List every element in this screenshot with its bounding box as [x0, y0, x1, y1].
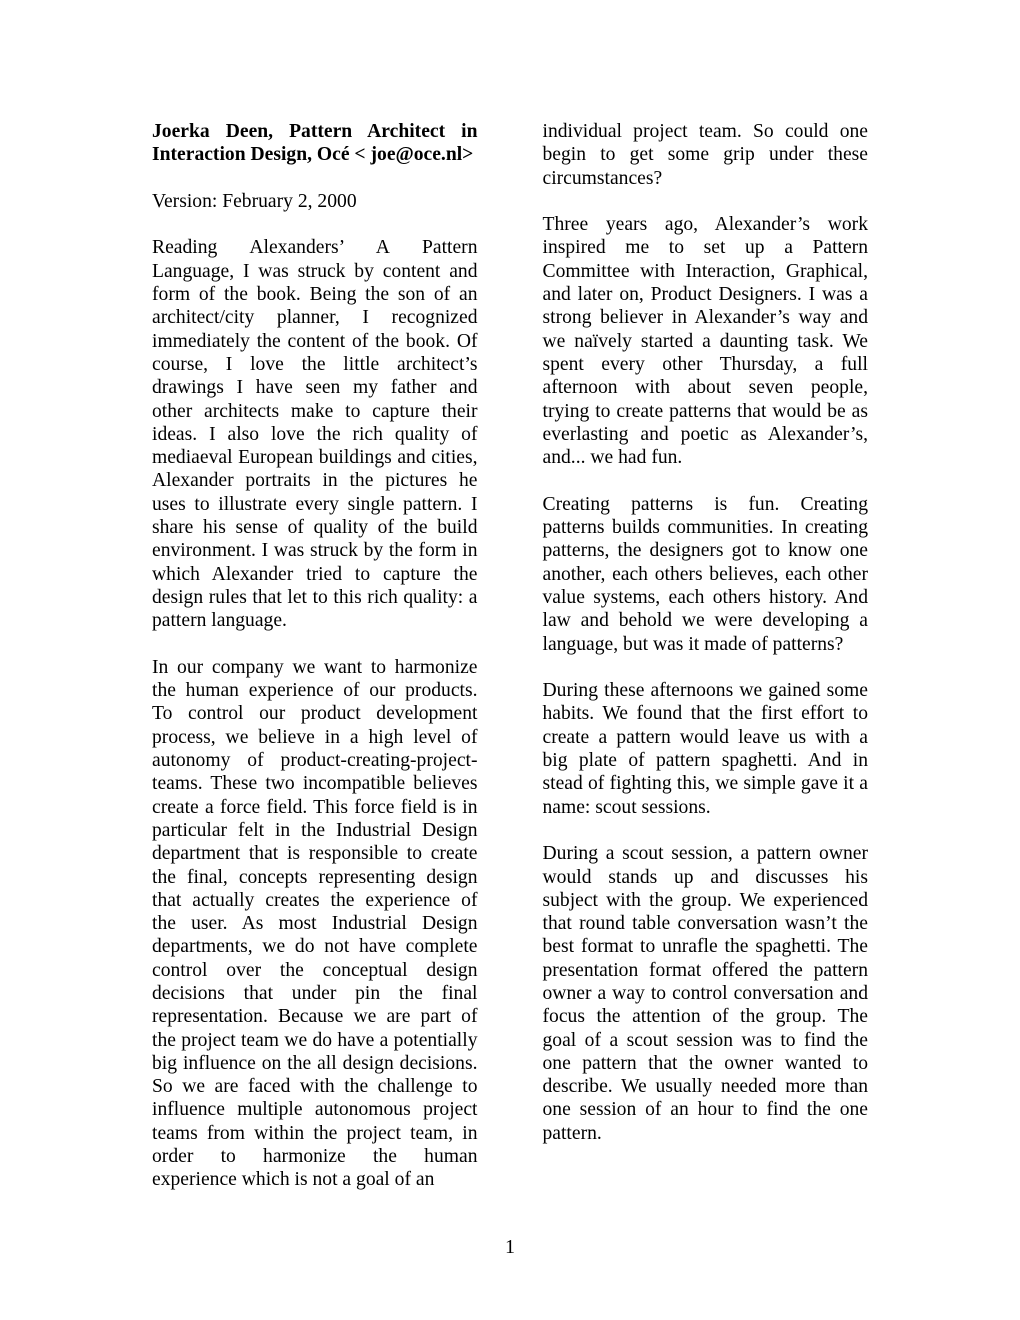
text-line: would stands up and discusses his	[543, 866, 869, 889]
text-line: create a force field. This force field i…	[152, 796, 478, 819]
body-paragraph: individual project team. So could onebeg…	[543, 120, 869, 190]
text-line: To control our product development	[152, 702, 478, 725]
text-line: drawings I have seen my father and	[152, 376, 478, 399]
text-line: afternoon with about seven people,	[543, 376, 869, 399]
text-line: mediaeval European buildings and cities,	[152, 446, 478, 469]
text-line: uses to illustrate every single pattern.…	[152, 493, 478, 516]
text-line: representation. Because we are part of	[152, 1005, 478, 1028]
text-line: Reading Alexanders’ A Pattern	[152, 236, 478, 259]
text-line: spent every other Thursday, a full	[543, 353, 869, 376]
body-paragraph: In our company we want to harmonizethe h…	[152, 656, 478, 1192]
text-line: design rules that let to this rich quali…	[152, 586, 478, 609]
text-line: that round table conversation wasn’t the	[543, 912, 869, 935]
text-line: share his sense of quality of the build	[152, 516, 478, 539]
text-line: process, we believe in a high level of	[152, 726, 478, 749]
text-line: ideas. I also love the rich quality of	[152, 423, 478, 446]
text-line: one session of an hour to find the one	[543, 1098, 869, 1121]
text-line: one pattern that the owner wanted to	[543, 1052, 869, 1075]
text-line: individual project team. So could one	[543, 120, 869, 143]
text-line: stead of fighting this, we simple gave i…	[543, 772, 869, 795]
page-number: 1	[0, 1236, 1020, 1259]
text-line: order to harmonize the human	[152, 1145, 478, 1168]
text-line: pattern language.	[152, 609, 478, 632]
text-line: teams from within the project team, in	[152, 1122, 478, 1145]
text-line: inspired me to set up a Pattern	[543, 236, 869, 259]
text-line: Language, I was struck by content and	[152, 260, 478, 283]
text-line: departments, we do not have complete	[152, 935, 478, 958]
text-line: and... we had fun.	[543, 446, 869, 469]
document-page: Joerka Deen, Pattern Architect inInterac…	[0, 0, 1020, 1320]
text-line: subject with the group. We experienced	[543, 889, 869, 912]
text-line: pattern.	[543, 1122, 869, 1145]
text-line: decisions that under pin the final	[152, 982, 478, 1005]
text-line: form of the book. Being the son of an	[152, 283, 478, 306]
text-line: value systems, each others history. And	[543, 586, 869, 609]
text-columns: Joerka Deen, Pattern Architect inInterac…	[152, 120, 868, 1192]
text-line: and later on, Product Designers. I was a	[543, 283, 869, 306]
body-paragraph: Reading Alexanders’ A PatternLanguage, I…	[152, 236, 478, 632]
text-line: Committee with Interaction, Graphical,	[543, 260, 869, 283]
text-line: patterns, the designers got to know one	[543, 539, 869, 562]
text-line: another, each others believes, each othe…	[543, 563, 869, 586]
text-line: Creating patterns is fun. Creating	[543, 493, 869, 516]
text-line: Interaction Design, Océ < joe@oce.nl>	[152, 143, 478, 166]
text-line: focus the attention of the group. The	[543, 1005, 869, 1028]
text-line: During a scout session, a pattern owner	[543, 842, 869, 865]
text-line: the final, concepts representing design	[152, 866, 478, 889]
text-line: autonomy of product-creating-project-	[152, 749, 478, 772]
text-line: Alexander portraits in the pictures he	[152, 469, 478, 492]
text-line: Joerka Deen, Pattern Architect in	[152, 120, 478, 143]
text-line: the user. As most Industrial Design	[152, 912, 478, 935]
text-line: owner a way to control conversation and	[543, 982, 869, 1005]
text-line: circumstances?	[543, 167, 869, 190]
text-line: the project team we do have a potentiall…	[152, 1029, 478, 1052]
text-line: environment. I was struck by the form in	[152, 539, 478, 562]
text-line: begin to get some grip under these	[543, 143, 869, 166]
text-line: Three years ago, Alexander’s work	[543, 213, 869, 236]
text-line: describe. We usually needed more than	[543, 1075, 869, 1098]
text-line: During these afternoons we gained some	[543, 679, 869, 702]
text-line: goal of a scout session was to find the	[543, 1029, 869, 1052]
text-line: patterns builds communities. In creating	[543, 516, 869, 539]
text-line: that actually creates the experience of	[152, 889, 478, 912]
text-line: Version: February 2, 2000	[152, 190, 478, 213]
text-line: course, I love the little architect’s	[152, 353, 478, 376]
body-paragraph: During these afternoons we gained someha…	[543, 679, 869, 819]
column-left: Joerka Deen, Pattern Architect inInterac…	[152, 120, 478, 1192]
text-line: big plate of pattern spaghetti. And in	[543, 749, 869, 772]
document-title-paragraph: Joerka Deen, Pattern Architect inInterac…	[152, 120, 478, 167]
text-line: immediately the content of the book. Of	[152, 330, 478, 353]
body-paragraph: Version: February 2, 2000	[152, 190, 478, 213]
text-line: In our company we want to harmonize	[152, 656, 478, 679]
text-line: which Alexander tried to capture the	[152, 563, 478, 586]
text-line: habits. We found that the first effort t…	[543, 702, 869, 725]
body-paragraph: Three years ago, Alexander’s workinspire…	[543, 213, 869, 469]
text-line: experience which is not a goal of an	[152, 1168, 478, 1191]
text-line: influence multiple autonomous project	[152, 1098, 478, 1121]
text-line: control over the conceptual design	[152, 959, 478, 982]
text-line: So we are faced with the challenge to	[152, 1075, 478, 1098]
text-line: big influence on the all design decision…	[152, 1052, 478, 1075]
text-line: create a pattern would leave us with a	[543, 726, 869, 749]
text-line: presentation format offered the pattern	[543, 959, 869, 982]
text-line: architect/city planner, I recognized	[152, 306, 478, 329]
text-line: trying to create patterns that would be …	[543, 400, 869, 423]
text-line: best format to unrafle the spaghetti. Th…	[543, 935, 869, 958]
text-line: teams. These two incompatible believes	[152, 772, 478, 795]
column-right: individual project team. So could onebeg…	[543, 120, 869, 1192]
text-line: the human experience of our products.	[152, 679, 478, 702]
text-line: other architects make to capture their	[152, 400, 478, 423]
text-line: we naïvely started a daunting task. We	[543, 330, 869, 353]
body-paragraph: During a scout session, a pattern ownerw…	[543, 842, 869, 1145]
body-paragraph: Creating patterns is fun. Creatingpatter…	[543, 493, 869, 656]
text-line: language, but was it made of patterns?	[543, 633, 869, 656]
text-line: department that is responsible to create	[152, 842, 478, 865]
text-line: particular felt in the Industrial Design	[152, 819, 478, 842]
text-line: name: scout sessions.	[543, 796, 869, 819]
text-line: law and behold we were developing a	[543, 609, 869, 632]
text-line: strong believer in Alexander’s way and	[543, 306, 869, 329]
text-line: everlasting and poetic as Alexander’s,	[543, 423, 869, 446]
